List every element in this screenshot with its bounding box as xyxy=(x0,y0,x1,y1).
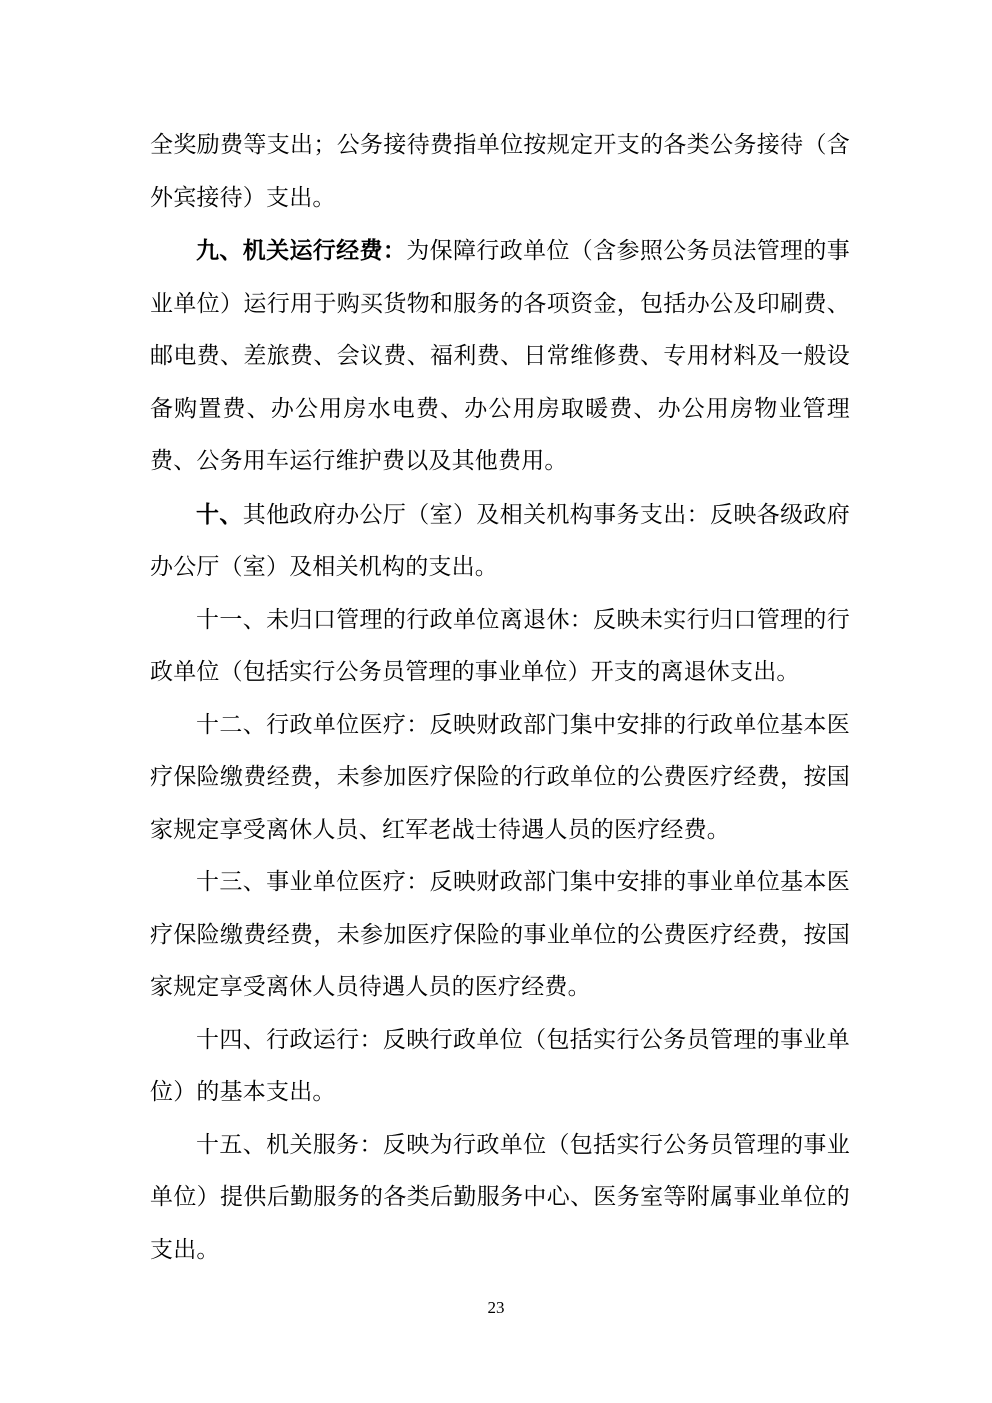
document-page: 全奖励费等支出；公务接待费指单位按规定开支的各类公务接待（含外宾接待）支出。 九… xyxy=(0,0,992,1403)
paragraph-heading: 九、机关运行经费： xyxy=(196,237,406,263)
paragraph-text: 其他政府办公厅（室）及相关机构事务支出：反映各级政府办公厅（室）及相关机构的支出… xyxy=(150,502,850,580)
paragraph-text: 十一、未归口管理的行政单位离退休：反映未实行归口管理的行政单位（包括实行公务员管… xyxy=(150,607,850,685)
paragraph-text: 十二、行政单位医疗：反映财政部门集中安排的行政单位基本医疗保险缴费经费，未参加医… xyxy=(150,712,850,842)
paragraph-item-15: 十五、机关服务：反映为行政单位（包括实行公务员管理的事业单位）提供后勤服务的各类… xyxy=(150,1119,850,1277)
paragraph-item-13: 十三、事业单位医疗：反映财政部门集中安排的事业单位基本医疗保险缴费经费，未参加医… xyxy=(150,856,850,1014)
page-number: 23 xyxy=(0,1298,992,1318)
paragraph-heading: 十、 xyxy=(196,501,243,527)
paragraph-item-9: 九、机关运行经费：为保障行政单位（含参照公务员法管理的事业单位）运行用于购买货物… xyxy=(150,224,850,488)
paragraph-text: 为保障行政单位（含参照公务员法管理的事业单位）运行用于购买货物和服务的各项资金，… xyxy=(150,238,850,473)
paragraph-text: 十三、事业单位医疗：反映财政部门集中安排的事业单位基本医疗保险缴费经费，未参加医… xyxy=(150,869,850,999)
document-body: 全奖励费等支出；公务接待费指单位按规定开支的各类公务接待（含外宾接待）支出。 九… xyxy=(150,119,850,1276)
paragraph-item-14: 十四、行政运行：反映行政单位（包括实行公务员管理的事业单位）的基本支出。 xyxy=(150,1014,850,1119)
paragraph-item-11: 十一、未归口管理的行政单位离退休：反映未实行归口管理的行政单位（包括实行公务员管… xyxy=(150,594,850,699)
paragraph-text: 全奖励费等支出；公务接待费指单位按规定开支的各类公务接待（含外宾接待）支出。 xyxy=(150,132,850,210)
paragraph-text: 十四、行政运行：反映行政单位（包括实行公务员管理的事业单位）的基本支出。 xyxy=(150,1027,850,1105)
paragraph-continuation: 全奖励费等支出；公务接待费指单位按规定开支的各类公务接待（含外宾接待）支出。 xyxy=(150,119,850,224)
paragraph-item-12: 十二、行政单位医疗：反映财政部门集中安排的行政单位基本医疗保险缴费经费，未参加医… xyxy=(150,699,850,857)
paragraph-item-10: 十、其他政府办公厅（室）及相关机构事务支出：反映各级政府办公厅（室）及相关机构的… xyxy=(150,488,850,594)
paragraph-text: 十五、机关服务：反映为行政单位（包括实行公务员管理的事业单位）提供后勤服务的各类… xyxy=(150,1132,850,1262)
